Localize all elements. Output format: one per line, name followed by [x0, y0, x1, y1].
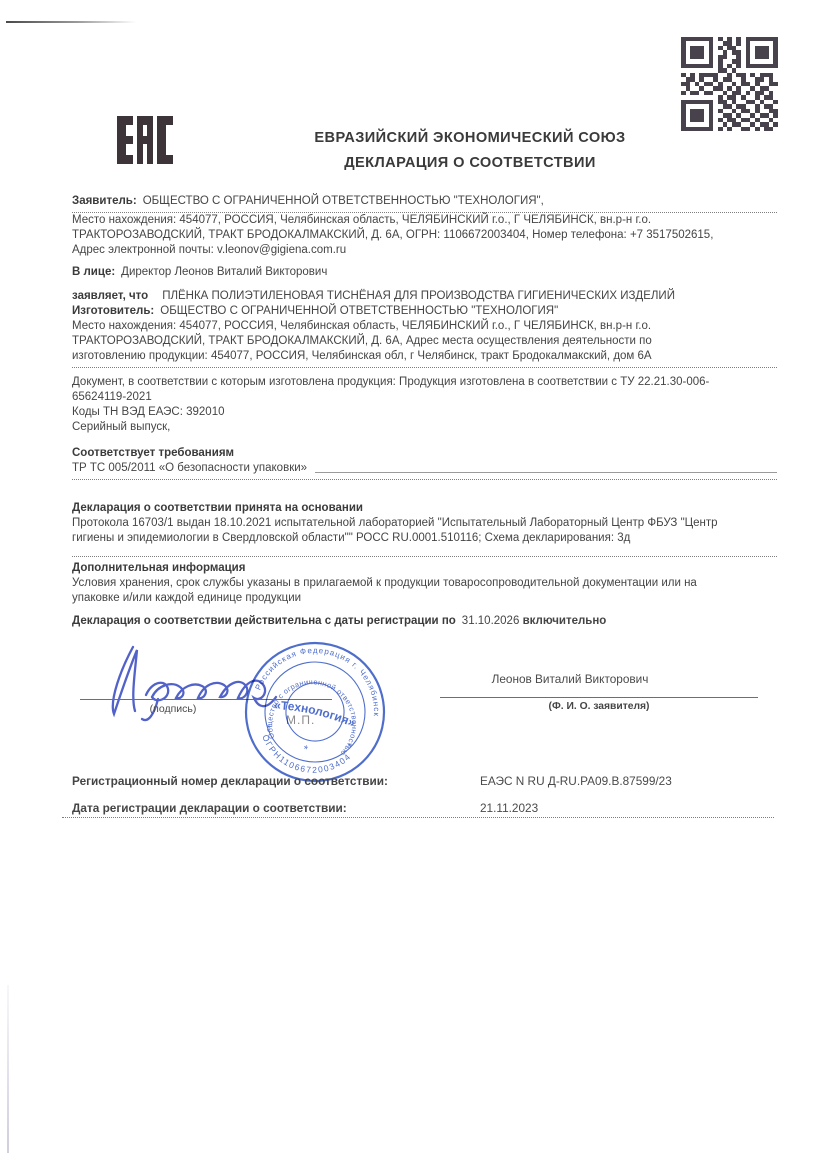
product-doc-section: Документ, в соответствии с которым изгот… — [72, 375, 777, 435]
divider-dotted — [62, 817, 774, 818]
manufacturer-name: ОБЩЕСТВО С ОГРАНИЧЕННОЙ ОТВЕТСТВЕННОСТЬЮ… — [160, 305, 558, 317]
basis-heading: Декларация о соответствии принята на осн… — [72, 501, 777, 516]
declares-line: заявляет, чтоПЛЁНКА ПОЛИЭТИЛЕНОВАЯ ТИСНЁ… — [72, 289, 777, 304]
declaration-title: ДЕКЛАРАЦИЯ О СООТВЕТСТВИИ — [170, 155, 770, 171]
applicant-label: Заявитель: — [72, 195, 137, 207]
scan-artifact-line — [6, 21, 136, 23]
divider-dotted — [72, 365, 777, 368]
signature-caption: (подпись) — [118, 703, 228, 715]
scan-edge-line — [7, 985, 9, 1153]
fio-caption: (Ф. И. О. заявителя) — [440, 701, 758, 712]
manufacturer-address-line: Место нахождения: 454077, РОССИЯ, Челяби… — [72, 319, 777, 334]
requirements-line: ТР ТС 005/2011 «О безопасности упаковки» — [72, 461, 777, 476]
manufacturer-line: Изготовитель:ОБЩЕСТВО С ОГРАНИЧЕННОЙ ОТВ… — [72, 304, 777, 319]
product-doc-line: Документ, в соответствии с которым изгот… — [72, 375, 777, 390]
basis-line: гигиены и эпидемиологии в Свердловской о… — [72, 531, 777, 546]
requirements-value: ТР ТС 005/2011 «О безопасности упаковки» — [72, 461, 307, 476]
eac-logo-icon — [117, 116, 173, 164]
applicant-email-line: Адрес электронной почты: v.leonov@gigien… — [72, 243, 777, 258]
applicant-section: Заявитель:ОБЩЕСТВО С ОГРАНИЧЕННОЙ ОТВЕТС… — [72, 194, 777, 258]
applicant-line: Заявитель:ОБЩЕСТВО С ОГРАНИЧЕННОЙ ОТВЕТС… — [72, 194, 777, 209]
additional-info-line: упаковке и/или каждой единице продукции — [72, 591, 777, 606]
manufacturer-address-line: изготовлению продукции: 454077, РОССИЯ, … — [72, 349, 777, 364]
tnved-code-line: Коды ТН ВЭД ЕАЭС: 392010 — [72, 405, 777, 420]
basis-section: Декларация о соответствии принята на осн… — [72, 501, 777, 557]
divider-dotted — [72, 554, 777, 557]
manufacturer-label: Изготовитель: — [72, 305, 154, 317]
registration-number-label: Регистрационный номер декларации о соотв… — [72, 774, 480, 788]
fio-line — [440, 697, 758, 698]
union-title: ЕВРАЗИЙСКИЙ ЭКОНОМИЧЕСКИЙ СОЮЗ — [170, 130, 770, 146]
document-title: ЕВРАЗИЙСКИЙ ЭКОНОМИЧЕСКИЙ СОЮЗ ДЕКЛАРАЦИ… — [170, 130, 770, 171]
additional-info-line: Условия хранения, срок службы указаны в … — [72, 576, 777, 591]
product-doc-line: 65624119-2021 — [72, 390, 777, 405]
applicant-fio: Леонов Виталий Викторович — [420, 672, 720, 686]
additional-info-section: Дополнительная информация Условия хранен… — [72, 561, 777, 606]
registration-date-label: Дата регистрации декларации о соответств… — [72, 801, 480, 815]
validity-line: Декларация о соответствии действительна … — [72, 614, 777, 629]
divider-dotted — [72, 477, 777, 480]
serial-line: Серийный выпуск, — [72, 420, 777, 435]
qr-code — [681, 37, 778, 131]
manufacturer-address-line: ТРАКТОРОЗАВОДСКИЙ, ТРАКТ БРОДОКАЛМАКСКИЙ… — [72, 334, 777, 349]
validity-date: 31.10.2026 — [462, 615, 520, 627]
registration-number-row: Регистрационный номер декларации о соотв… — [72, 774, 777, 788]
product-name: ПЛЁНКА ПОЛИЭТИЛЕНОВАЯ ТИСНЁНАЯ ДЛЯ ПРОИЗ… — [162, 290, 675, 302]
basis-line: Протокола 16703/1 выдан 18.10.2021 испыт… — [72, 516, 777, 531]
requirements-heading: Соответствует требованиям — [72, 446, 777, 461]
scanned-declaration-page: ЕВРАЗИЙСКИЙ ЭКОНОМИЧЕСКИЙ СОЮЗ ДЕКЛАРАЦИ… — [0, 0, 831, 1153]
stamp-star: * — [302, 743, 310, 756]
applicant-address-line: ТРАКТОРОЗАВОДСКИЙ, ТРАКТ БРОДОКАЛМАКСКИЙ… — [72, 228, 777, 243]
registration-date-value: 21.11.2023 — [480, 801, 538, 815]
person-label: В лице: — [72, 266, 115, 278]
validity-section: Декларация о соответствии действительна … — [72, 614, 777, 629]
blank-underline — [315, 472, 777, 473]
person-line: В лице:Директор Леонов Виталий Викторови… — [72, 265, 777, 280]
registration-number-value: ЕАЭС N RU Д-RU.РА09.В.87599/23 — [480, 774, 672, 788]
declaration-section: заявляет, чтоПЛЁНКА ПОЛИЭТИЛЕНОВАЯ ТИСНЁ… — [72, 289, 777, 368]
requirements-section: Соответствует требованиям ТР ТС 005/2011… — [72, 446, 777, 480]
person-section: В лице:Директор Леонов Виталий Викторови… — [72, 265, 777, 280]
person-value: Директор Леонов Виталий Викторович — [121, 266, 327, 278]
validity-suffix: включительно — [523, 615, 607, 627]
applicant-address-line: Место нахождения: 454077, РОССИЯ, Челяби… — [72, 213, 777, 228]
additional-info-heading: Дополнительная информация — [72, 561, 777, 576]
applicant-name: ОБЩЕСТВО С ОГРАНИЧЕННОЙ ОТВЕТСТВЕННОСТЬЮ… — [143, 195, 544, 207]
declares-label: заявляет, что — [72, 290, 148, 302]
registration-date-row: Дата регистрации декларации о соответств… — [72, 801, 777, 815]
